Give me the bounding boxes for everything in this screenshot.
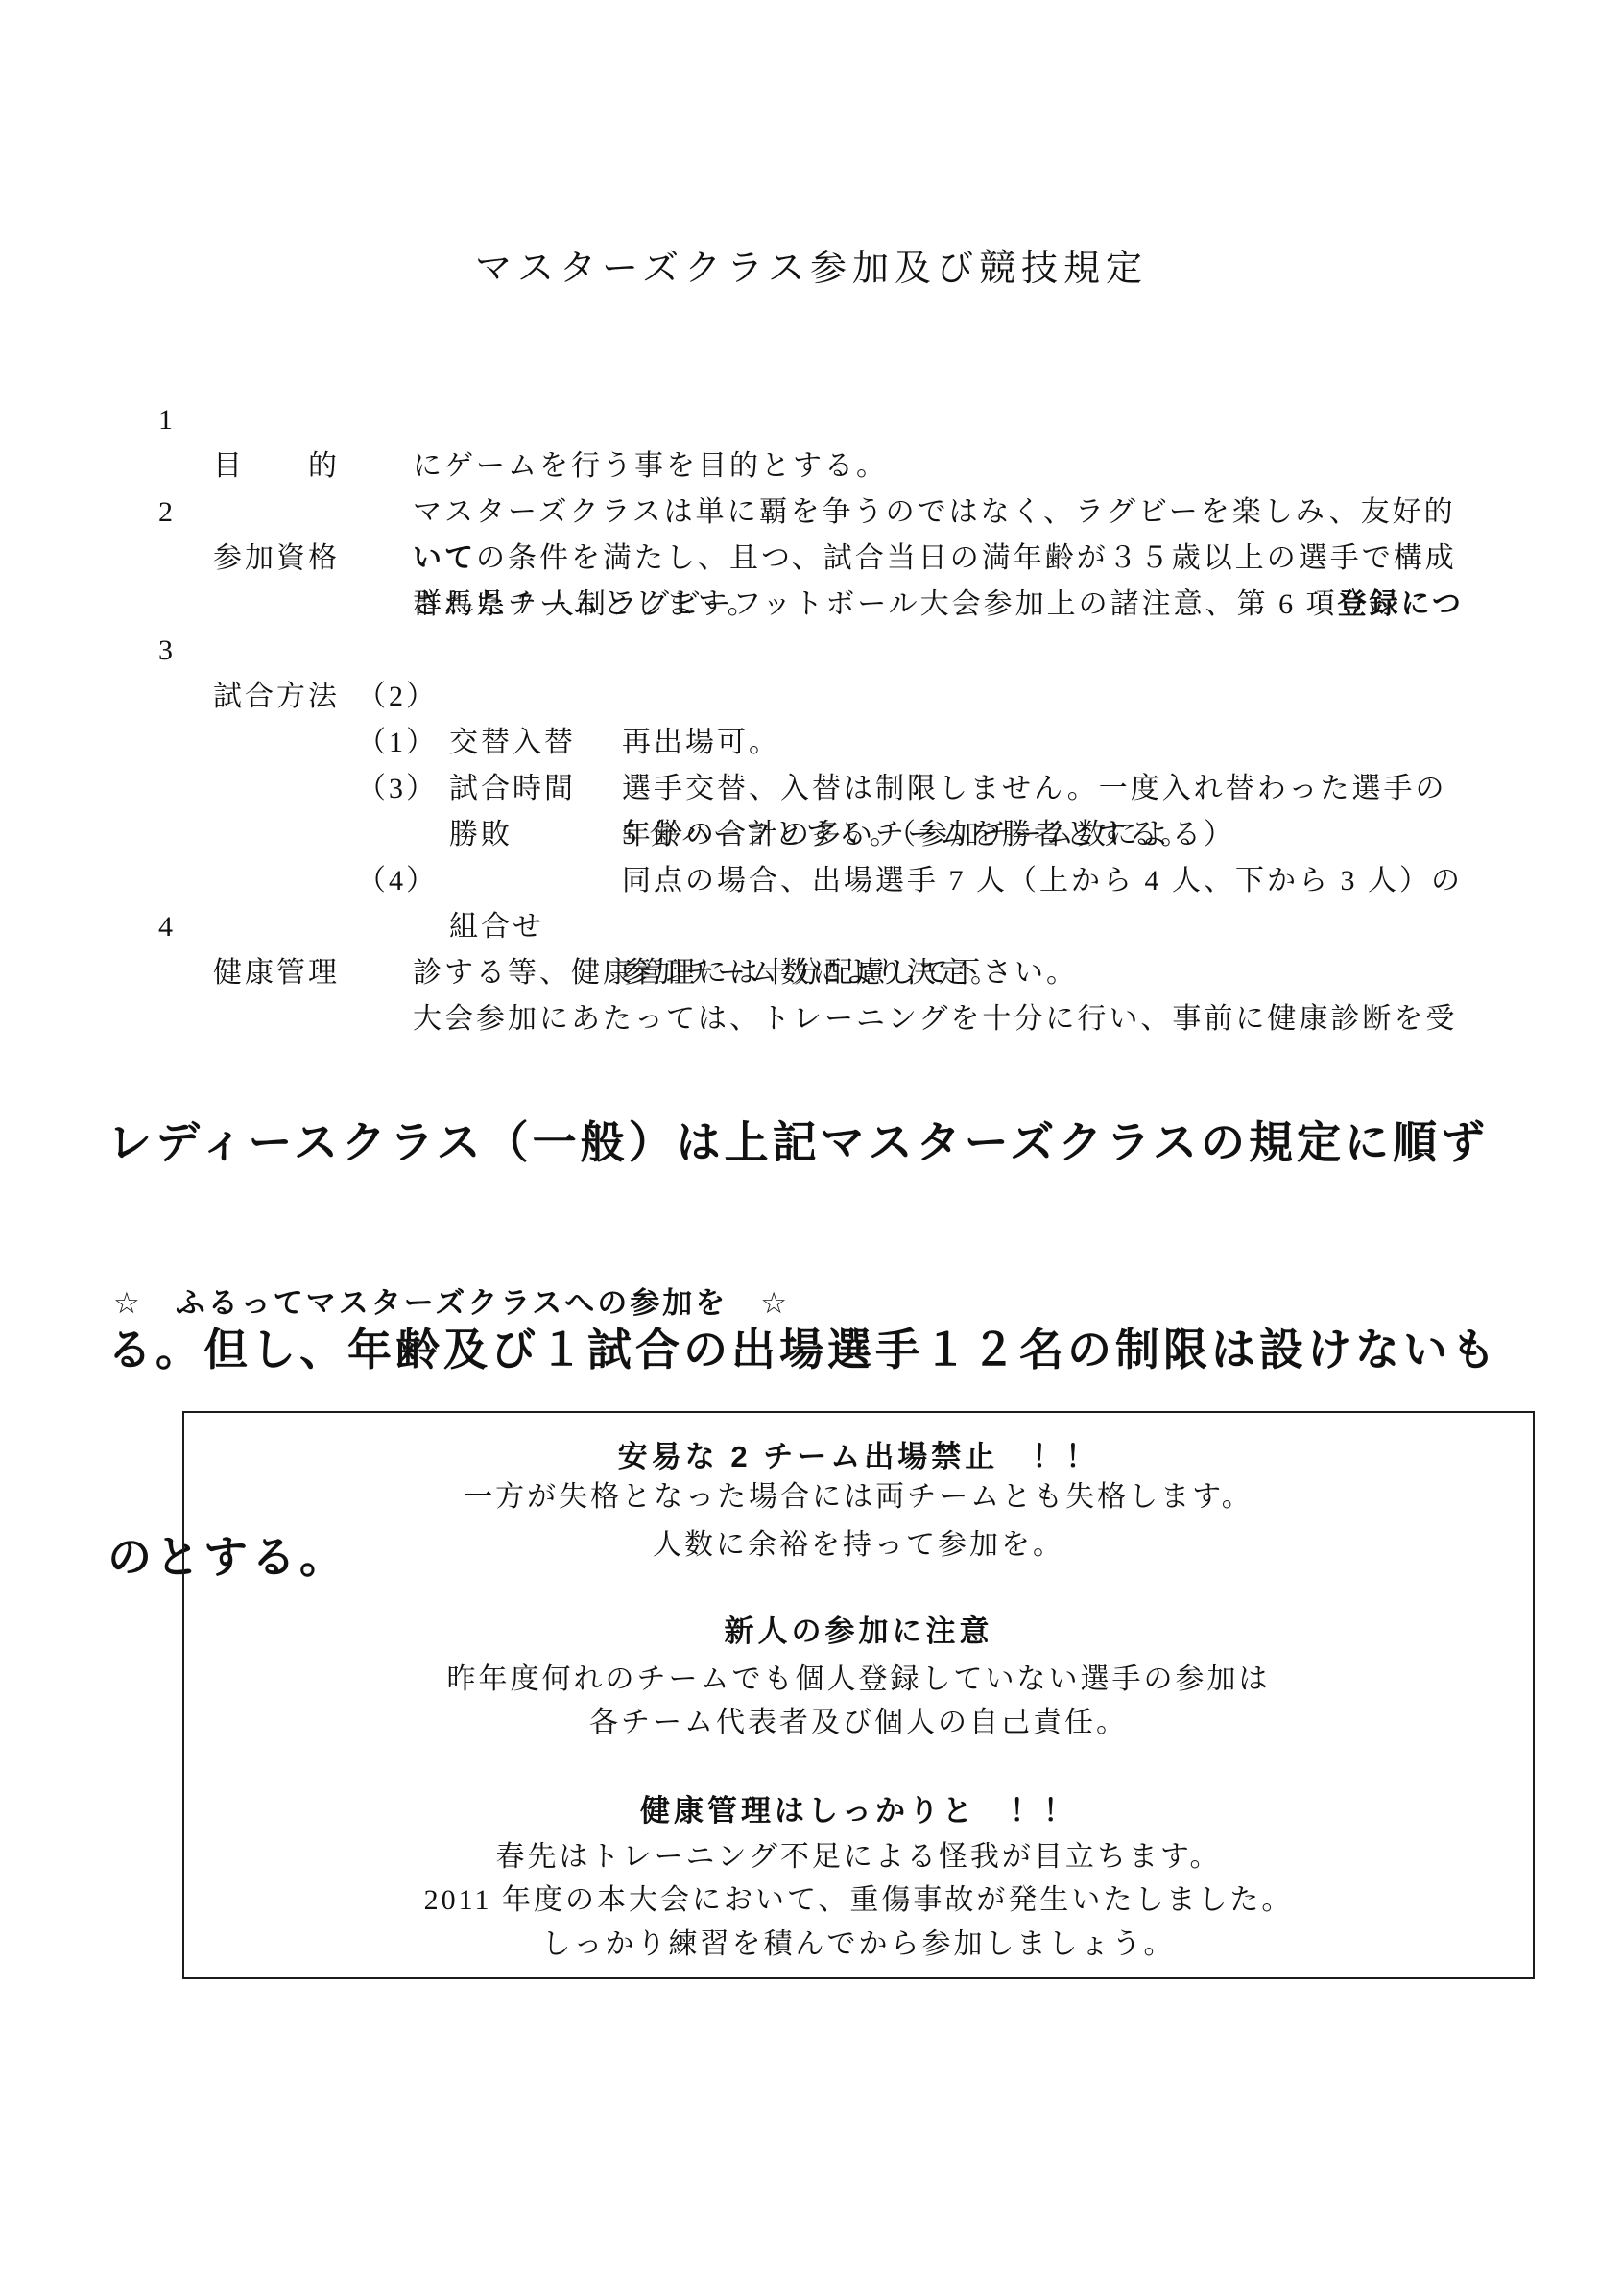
rule-2-row-cont1: いての条件を満たし、且つ、試合当日の満年齢が３５歳以上の選手で構成 <box>0 490 1623 536</box>
rule-3-sub3-row: （3） 勝敗 同点の場合、出場選手 7 人（上から 4 人、下から 3 人）の <box>0 720 1623 766</box>
notice-section3-line2: 2011 年度の本大会において、重傷事故が発生いたしました。 <box>184 1876 1533 1918</box>
rule-4-row-cont: 診する等、健康管理には十分配慮して下さい。 <box>0 904 1623 950</box>
rule-3-sub2-row-cont: 再出場可。 <box>0 674 1623 720</box>
ladies-note-line1: レディースクラス（一般）は上記マスターズクラスの規定に順ず <box>107 1090 1547 1196</box>
notice-section1-heading: 安易な 2 チーム出場禁止 ！！ <box>184 1432 1533 1475</box>
notice-section3-line1: 春先はトレーニング不足による怪我が目立ちます。 <box>184 1832 1533 1875</box>
document-page: マスターズクラス参加及び競技規定 1 目 的 マスターズクラスは単に覇を争うので… <box>0 0 1623 2296</box>
rules-list: 1 目 的 マスターズクラスは単に覇を争うのではなく、ラグビーを楽しみ、友好的 … <box>0 351 1623 950</box>
rule-2-row: 2 参加資格 群馬県 7 人制ラグビーフットボール大会参加上の諸注意、第 6 項… <box>0 443 1623 490</box>
rule-3-sub2-row: （2） 交替入替 選手交替、入替は制限しません。一度入れ替わった選手の <box>0 628 1623 674</box>
page-title: マスターズクラス参加及び競技規定 <box>0 238 1623 291</box>
notice-section2-heading: 新人の参加に注意 <box>184 1607 1533 1650</box>
notice-section1-line2: 人数に余裕を持って参加を。 <box>184 1520 1533 1563</box>
masters-invitation-line: ☆ ふるってマスターズクラスへの参加を ☆ <box>113 1279 790 1322</box>
notice-box: 安易な 2 チーム出場禁止 ！！ 一方が失格となった場合には両チームとも失格しま… <box>182 1411 1535 1979</box>
rule-3-sub4-row: （4） 組合せ 参加チーム数により決定。 <box>0 812 1623 858</box>
notice-section1-line1: 一方が失格となった場合には両チームとも失格します。 <box>184 1472 1533 1515</box>
rule-3-row: 3 試合方法 （1） 試合時間 5 分ハーフとする。（参加チーム数による） <box>0 582 1623 628</box>
rule-3-sub3-row-cont: 年齢の合計の多いチームを勝者とする。 <box>0 766 1623 812</box>
rule-1-row: 1 目 的 マスターズクラスは単に覇を争うのではなく、ラグビーを楽しみ、友好的 <box>0 351 1623 397</box>
rule-1-row-cont: にゲームを行う事を目的とする。 <box>0 397 1623 443</box>
notice-section2-line1: 昨年度何れのチームでも個人登録していない選手の参加は <box>184 1655 1533 1697</box>
notice-section2-line2: 各チーム代表者及び個人の自己責任。 <box>184 1698 1533 1740</box>
rule-4-row: 4 健康管理 大会参加にあたっては、トレーニングを十分に行い、事前に健康診断を受 <box>0 858 1623 904</box>
notice-section3-line3: しっかり練習を積んでから参加しましょう。 <box>184 1920 1533 1962</box>
rule-2-row-cont2: されたチームとします。 <box>0 536 1623 582</box>
notice-section3-heading: 健康管理はしっかりと ！！ <box>184 1786 1533 1830</box>
